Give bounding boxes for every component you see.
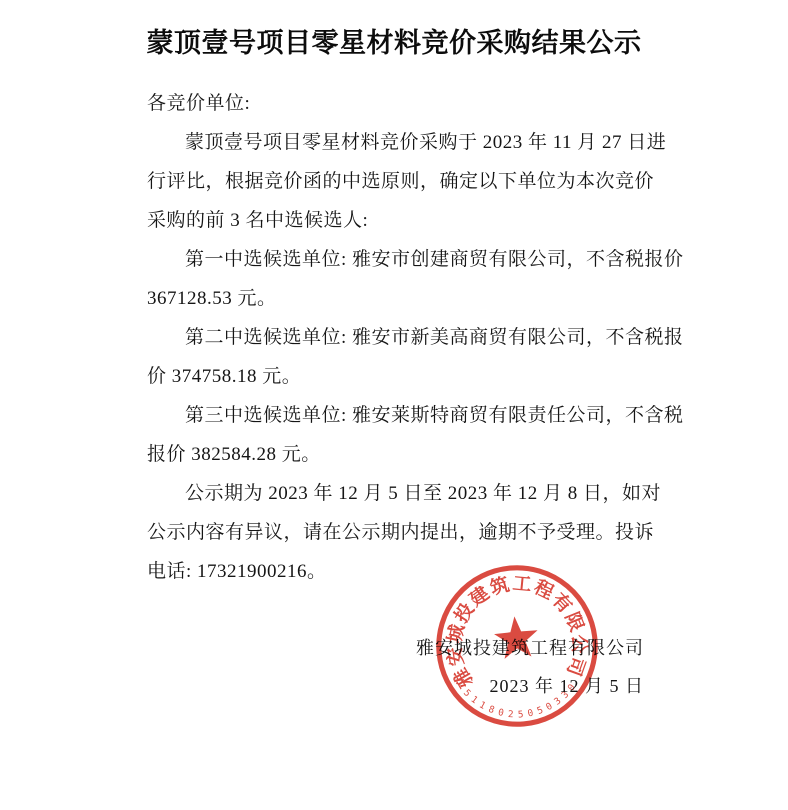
body-line-first-candidate: 第一中选候选单位: 雅安市创建商贸有限公司，不含税报价 — [147, 240, 644, 279]
body-line-second-candidate-price: 价 374758.18 元。 — [147, 357, 644, 396]
document-page: 蒙顶壹号项目零星材料竞价采购结果公示 各竞价单位: 蒙顶壹号项目零星材料竞价采购… — [0, 0, 788, 810]
salutation: 各竞价单位: — [147, 84, 644, 123]
body-line: 采购的前 3 名中选候选人: — [147, 201, 644, 240]
star-icon — [493, 614, 540, 659]
body-line-first-candidate-price: 367128.53 元。 — [147, 279, 644, 318]
document-body: 各竞价单位: 蒙顶壹号项目零星材料竞价采购于 2023 年 11 月 27 日进… — [147, 84, 644, 591]
body-line: 行评比，根据竞价函的中选原则，确定以下单位为本次竞价 — [147, 162, 644, 201]
company-seal: 雅安城投建筑工程有限公司 5118025050330 — [425, 554, 609, 738]
body-line-publicity-period: 公示期为 2023 年 12 月 5 日至 2023 年 12 月 8 日，如对 — [147, 474, 644, 513]
body-line-complaint: 公示内容有异议，请在公示期内提出，逾期不予受理。投诉 — [147, 513, 644, 552]
body-line-second-candidate: 第二中选候选单位: 雅安市新美高商贸有限公司，不含税报 — [147, 318, 644, 357]
document-title: 蒙顶壹号项目零星材料竞价采购结果公示 — [60, 21, 728, 60]
seal-serial-number: 5118025050330 — [460, 678, 583, 726]
body-line-third-candidate: 第三中选候选单位: 雅安莱斯特商贸有限责任公司，不含税 — [147, 396, 644, 435]
body-line: 蒙顶壹号项目零星材料竞价采购于 2023 年 11 月 27 日进 — [147, 123, 644, 162]
body-line-third-candidate-price: 报价 382584.28 元。 — [147, 435, 644, 474]
